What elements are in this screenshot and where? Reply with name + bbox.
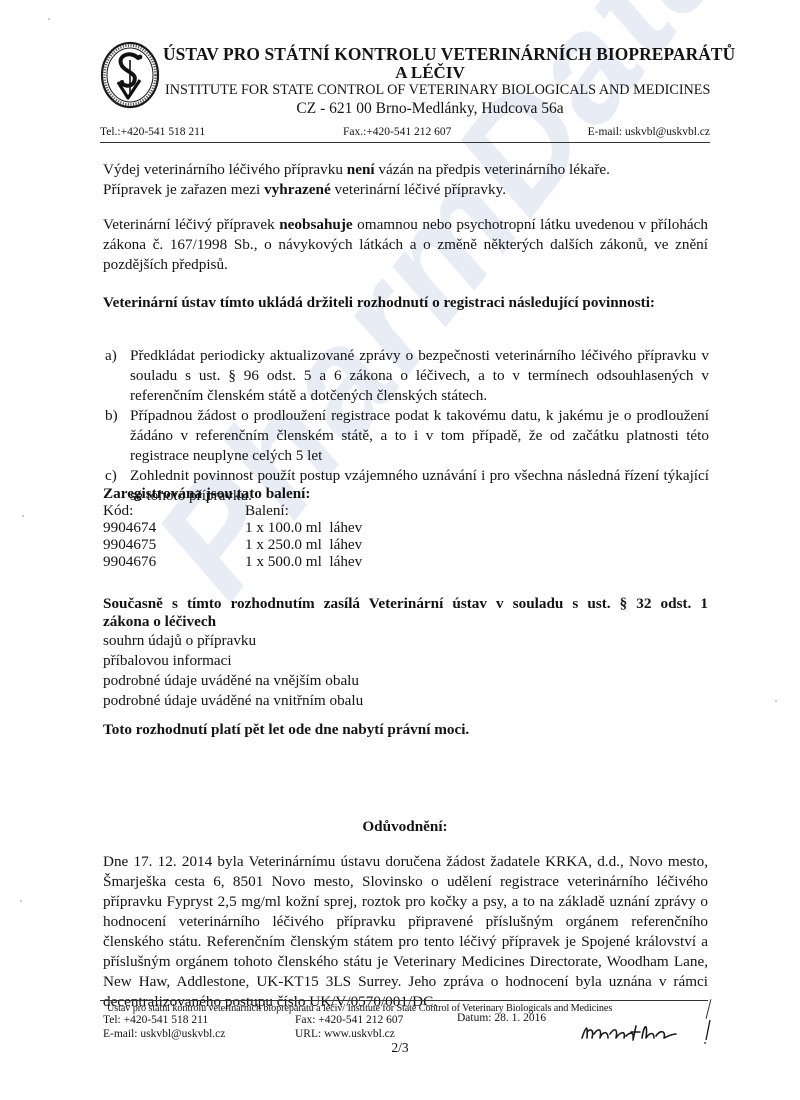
table-row: 9904675 1 x 250.0 ml láhev xyxy=(103,536,362,553)
scan-speck xyxy=(48,18,50,20)
header-email: E-mail: uskvbl@uskvbl.cz xyxy=(588,126,710,138)
document-item: příbalovou informaci xyxy=(103,651,363,671)
package-size: 1 x 250.0 ml láhev xyxy=(245,536,362,553)
category-text-1: Přípravek je zařazen mezi xyxy=(103,181,264,198)
documents-list: souhrn údajů o přípravku příbalovou info… xyxy=(103,631,363,711)
column-header-code: Kód: xyxy=(103,502,245,519)
packages-heading: Zaregistrována jsou tato balení: xyxy=(103,484,310,504)
list-marker: b) xyxy=(105,406,118,426)
table-row: 9904674 1 x 100.0 ml láhev xyxy=(103,519,362,536)
package-size: 1 x 500.0 ml láhev xyxy=(245,553,362,570)
packages-header-row: Kód: Balení: xyxy=(103,502,362,519)
obligation-item: b) Případnou žádost o prodloužení regist… xyxy=(103,406,709,466)
justification-heading: Odůvodnění: xyxy=(0,818,800,836)
header-tel: Tel.:+420-541 518 211 xyxy=(100,126,205,138)
footer-tel: Tel: +420-541 518 211 xyxy=(103,1014,208,1026)
document-item: podrobné údaje uváděné na vnějším obalu xyxy=(103,671,363,691)
justification-text: Dne 17. 12. 2014 byla Veterinárnímu ústa… xyxy=(103,852,708,1012)
obligation-text: Případnou žádost o prodloužení registrac… xyxy=(130,406,709,466)
dispensing-text-1: Výdej veterinárního léčivého přípravku xyxy=(103,161,347,178)
org-name-en: INSTITUTE FOR STATE CONTROL OF VETERINAR… xyxy=(165,82,710,99)
narcotics-statement: Veterinární léčivý přípravek neobsahuje … xyxy=(103,215,708,275)
document-item: souhrn údajů o přípravku xyxy=(103,631,363,651)
scan-speck xyxy=(20,900,22,902)
document-item: podrobné údaje uváděné na vnitřním obalu xyxy=(103,691,363,711)
document-page: PharmData s. ÚSTAV PRO STÁTNÍ KONTROLU V… xyxy=(0,0,800,1100)
documents-heading-line1: Současně s tímto rozhodnutím zasílá Vete… xyxy=(103,594,708,614)
scan-speck xyxy=(775,700,777,702)
obligations-heading: Veterinární ústav tímto ukládá držiteli … xyxy=(103,293,655,313)
obligation-text: Předkládat periodicky aktualizované zprá… xyxy=(130,346,709,406)
scan-speck xyxy=(22,515,24,517)
packages-table: Kód: Balení: 9904674 1 x 100.0 ml láhev … xyxy=(103,502,362,570)
column-header-pack: Balení: xyxy=(245,502,289,519)
footer-fax: Fax: +420-541 212 607 xyxy=(295,1014,403,1026)
footer-url: URL: www.uskvbl.cz xyxy=(295,1028,395,1040)
category-bold: vyhrazené xyxy=(264,181,331,198)
obligation-item: a) Předkládat periodicky aktualizované z… xyxy=(103,346,709,406)
narcotics-text-1: Veterinární léčivý přípravek xyxy=(103,216,279,233)
footer-date: Datum: 28. 1. 2016 xyxy=(457,1012,546,1024)
dispensing-bold: není xyxy=(347,161,375,178)
contact-line: Tel.:+420-541 518 211 Fax.:+420-541 212 … xyxy=(100,126,710,143)
obligations-list: a) Předkládat periodicky aktualizované z… xyxy=(103,346,709,506)
header-fax: Fax.:+420-541 212 607 xyxy=(343,126,451,138)
org-name-cz-line2: A LÉČIV xyxy=(0,63,800,83)
validity-statement: Toto rozhodnutí platí pět let ode dne na… xyxy=(103,720,469,740)
package-code: 9904676 xyxy=(103,553,245,570)
dispensing-statement: Výdej veterinárního léčivého přípravku n… xyxy=(103,160,610,180)
narcotics-bold: neobsahuje xyxy=(279,216,352,233)
page-number: 2/3 xyxy=(0,1040,800,1056)
list-marker: a) xyxy=(105,346,117,366)
footer-email: E-mail: uskvbl@uskvbl.cz xyxy=(103,1028,225,1040)
org-name-cz: ÚSTAV PRO STÁTNÍ KONTROLU VETERINÁRNÍCH … xyxy=(163,44,735,65)
dispensing-text-2: vázán na předpis veterinárního lékaře. xyxy=(375,161,610,178)
documents-heading-line2: zákona o léčivech xyxy=(103,612,216,632)
category-text-2: veterinární léčivé přípravky. xyxy=(331,181,506,198)
list-marker: c) xyxy=(105,466,117,486)
table-row: 9904676 1 x 500.0 ml láhev xyxy=(103,553,362,570)
footer-divider xyxy=(100,1000,708,1001)
package-code: 9904675 xyxy=(103,536,245,553)
package-code: 9904674 xyxy=(103,519,245,536)
org-address: CZ - 621 00 Brno-Medlánky, Hudcova 56a xyxy=(0,100,800,118)
category-statement: Přípravek je zařazen mezi vyhrazené vete… xyxy=(103,180,506,200)
package-size: 1 x 100.0 ml láhev xyxy=(245,519,362,536)
